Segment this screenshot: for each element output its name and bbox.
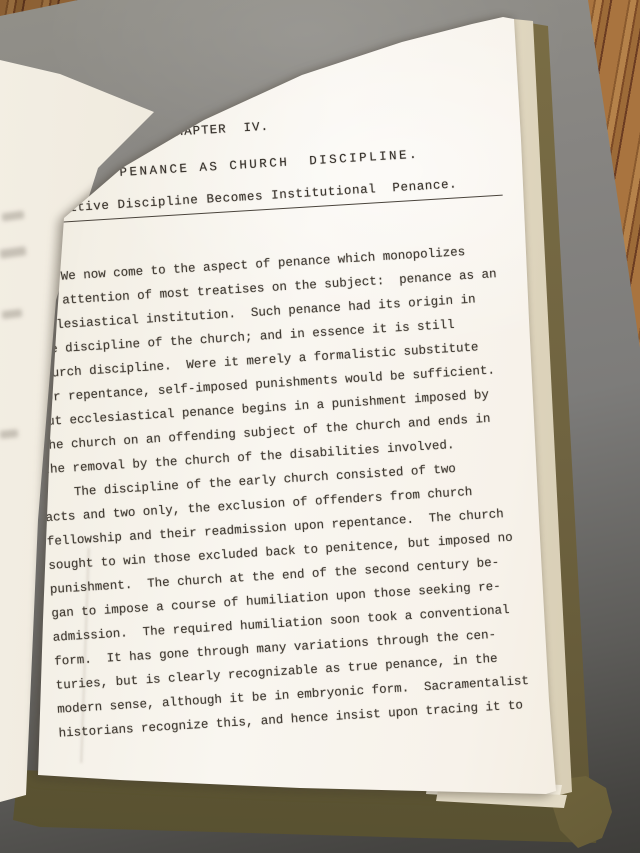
typed-page-wrap: CHAPTER IV. PENANCE AS CHURCH DISCIPLINE… (0, 0, 640, 853)
typed-page: CHAPTER IV. PENANCE AS CHURCH DISCIPLINE… (0, 0, 640, 853)
subsection-title-underlined: Primitive Discipline Becomes Institution… (36, 170, 503, 224)
paragraph-1: We now come to the aspect of penance whi… (30, 236, 542, 482)
typed-text-block: CHAPTER IV. PENANCE AS CHURCH DISCIPLINE… (21, 85, 559, 745)
chapter-heading: CHAPTER IV. (167, 99, 523, 145)
body-text: We now come to the aspect of penance whi… (30, 236, 558, 746)
paragraph-2: The discipline of the early church consi… (43, 452, 558, 746)
photo-scene: CHAPTER IV. PENANCE AS CHURCH DISCIPLINE… (0, 0, 640, 853)
